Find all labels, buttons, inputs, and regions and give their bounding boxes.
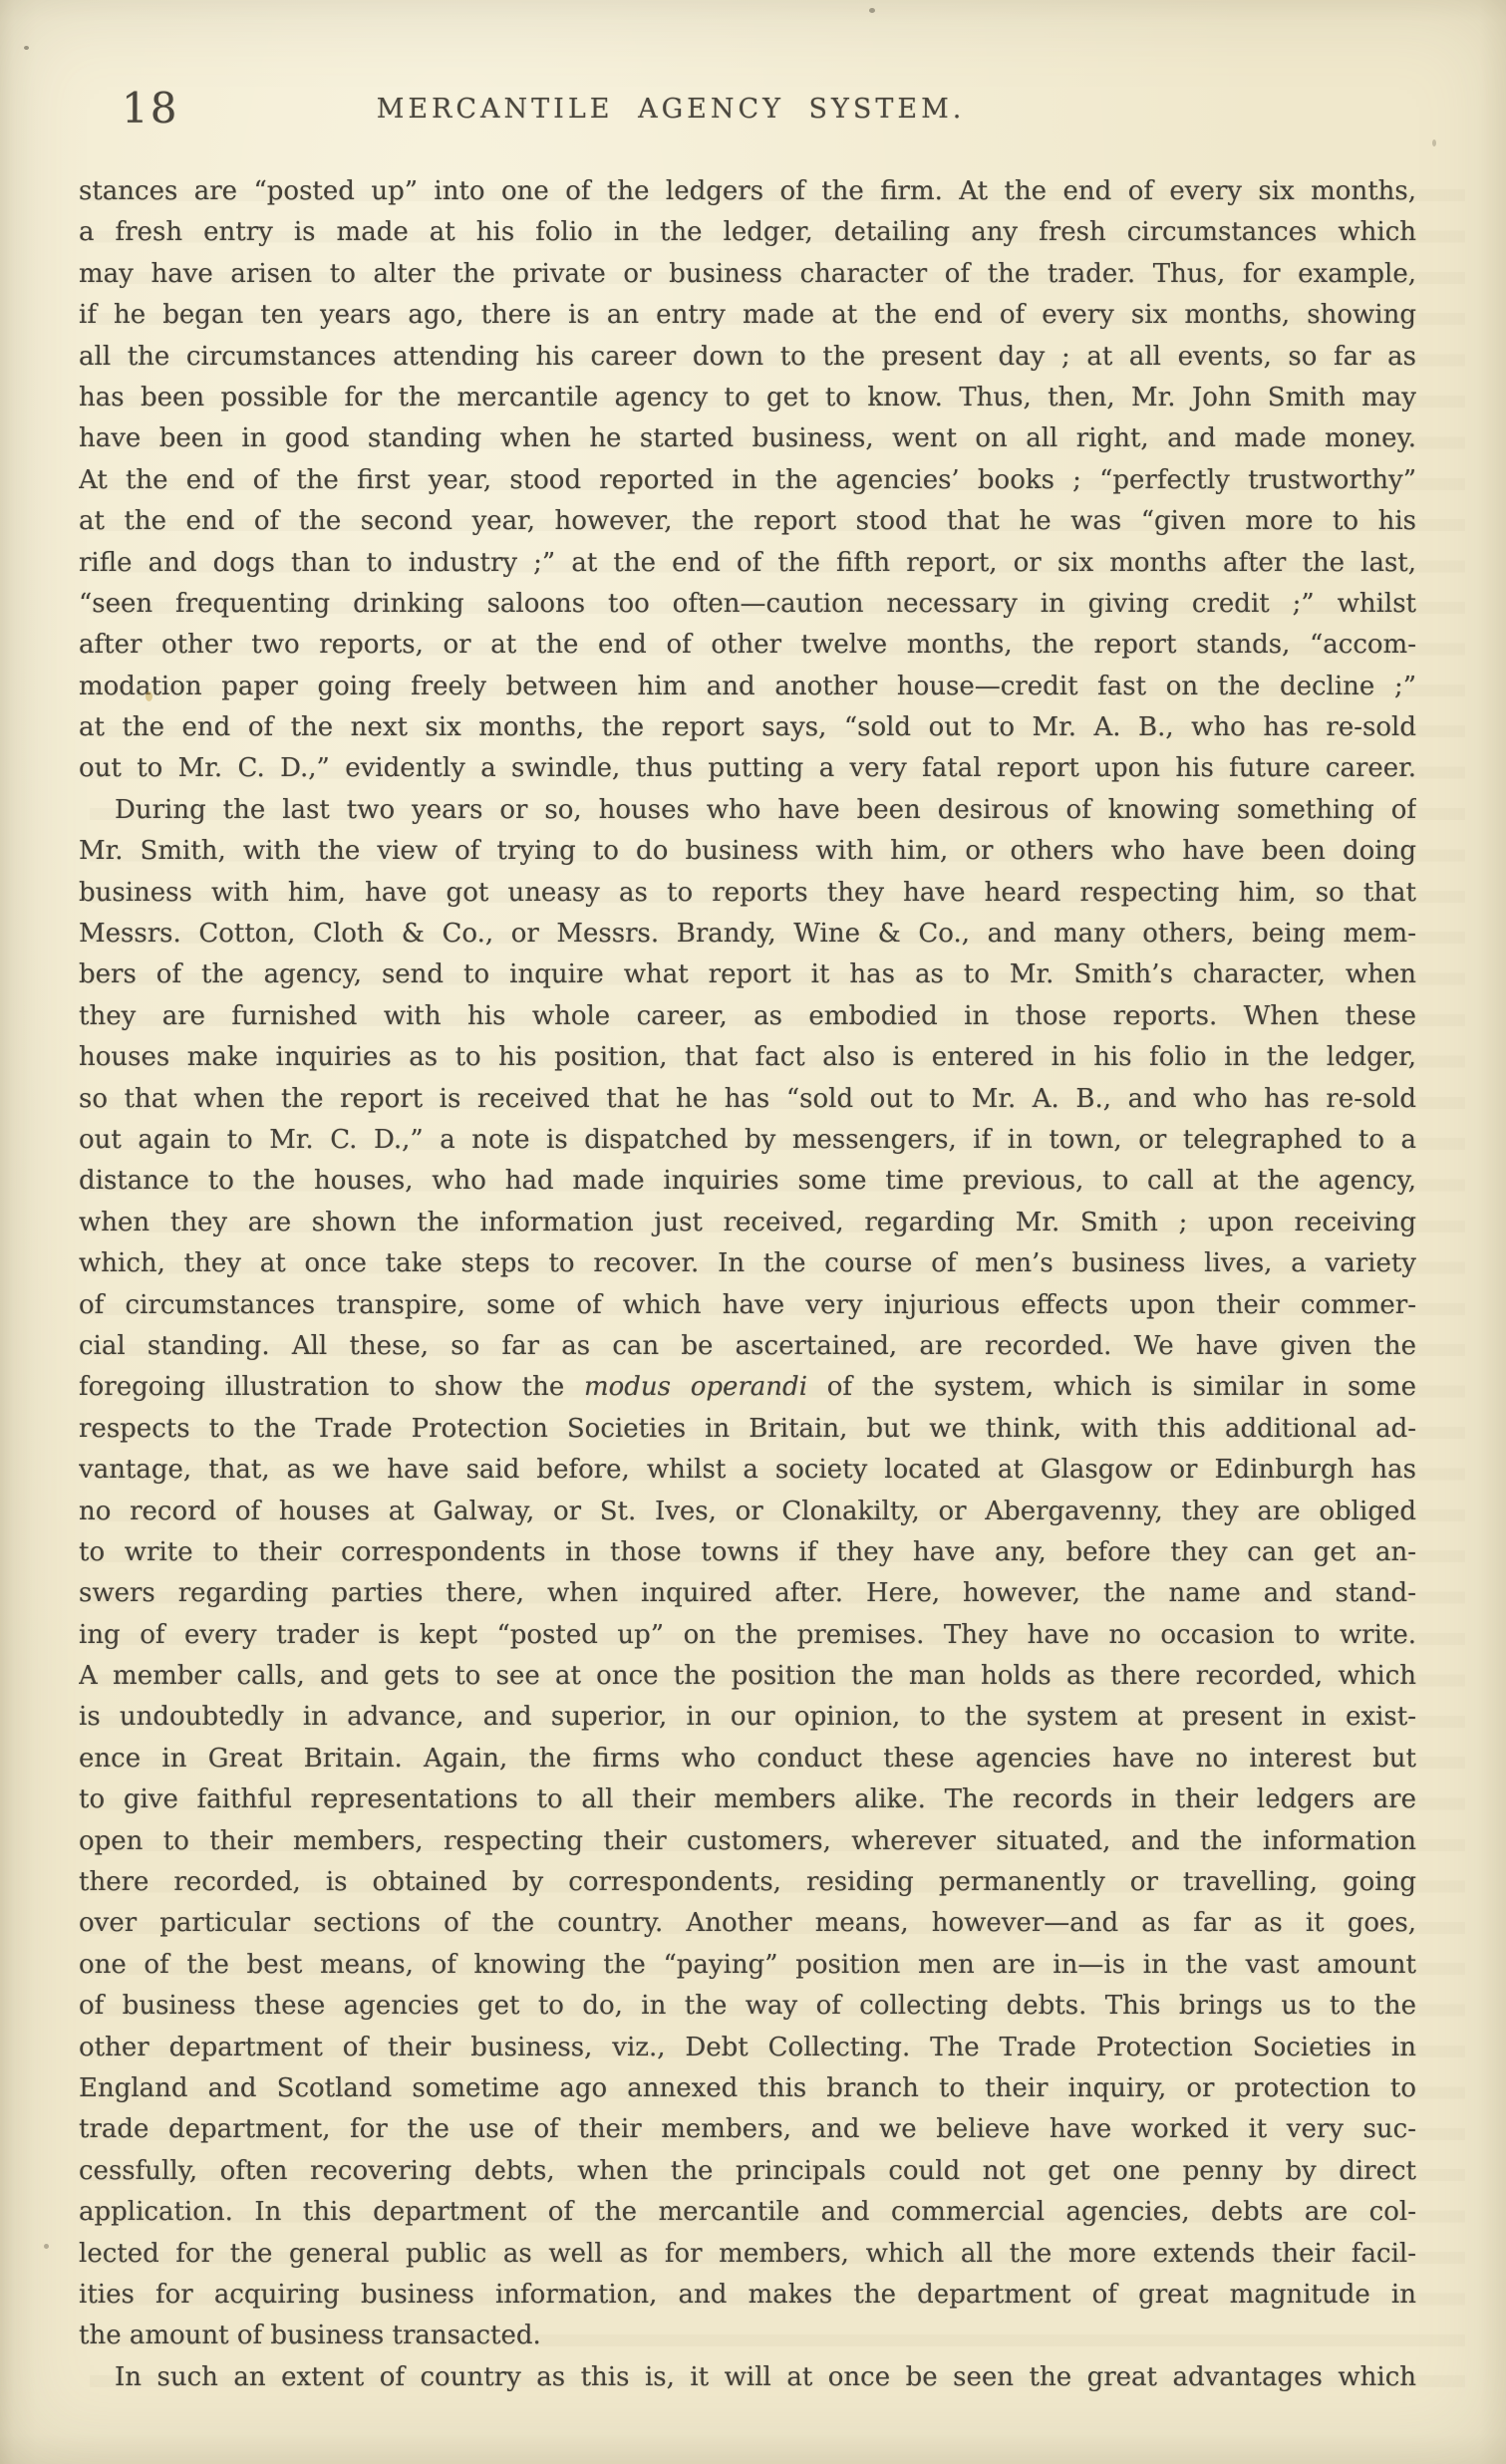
- text-line: of business these agencies get to do, in…: [79, 1986, 1416, 2027]
- text-line: so that when the report is received that…: [79, 1079, 1416, 1120]
- text-line: In such an extent of country as this is,…: [79, 2357, 1416, 2398]
- text-line: they are furnished with his whole career…: [79, 996, 1416, 1037]
- text-line: application. In this department of the m…: [79, 2192, 1416, 2233]
- text-line: business with him, have got uneasy as to…: [79, 873, 1416, 914]
- text-line: distance to the houses, who had made inq…: [79, 1161, 1416, 1202]
- text-line: During the last two years or so, houses …: [79, 790, 1416, 831]
- text-line: has been possible for the mercantile age…: [79, 378, 1416, 418]
- scan-speck: [1432, 139, 1436, 146]
- scan-speck: [869, 8, 875, 13]
- text-line: Mr. Smith, with the view of trying to do…: [79, 831, 1416, 872]
- text-line: all the circumstances attending his care…: [79, 337, 1416, 378]
- text-line: to give faithful representations to all …: [79, 1780, 1416, 1820]
- text-line: have been in good standing when he start…: [79, 418, 1416, 459]
- text-line: At the end of the first year, stood repo…: [79, 460, 1416, 501]
- body-text: stances are “posted up” into one of the …: [79, 171, 1416, 2398]
- text-line: rifle and dogs than to industry ;” at th…: [79, 543, 1416, 584]
- text-line: to write to their correspondents in thos…: [79, 1532, 1416, 1573]
- text-line: houses make inquiries as to his position…: [79, 1037, 1416, 1078]
- text-line: no record of houses at Galway, or St. Iv…: [79, 1492, 1416, 1532]
- text-line: trade department, for the use of their m…: [79, 2109, 1416, 2150]
- text-line: ing of every trader is kept “posted up” …: [79, 1615, 1416, 1656]
- text-line: lected for the general public as well as…: [79, 2234, 1416, 2275]
- text-line: Messrs. Cotton, Cloth & Co., or Messrs. …: [79, 914, 1416, 955]
- text-line: open to their members, respecting their …: [79, 1821, 1416, 1862]
- text-line: out again to Mr. C. D.,” a note is dispa…: [79, 1120, 1416, 1161]
- text-line: of circumstances transpire, some of whic…: [79, 1285, 1416, 1326]
- text-line: a fresh entry is made at his folio in th…: [79, 212, 1416, 253]
- text-line: out to Mr. C. D.,” evidently a swindle, …: [79, 748, 1416, 789]
- text-line: England and Scotland sometime ago annexe…: [79, 2068, 1416, 2109]
- text-line: is undoubtedly in advance, and superior,…: [79, 1697, 1416, 1738]
- text-line: ities for acquiring business information…: [79, 2275, 1416, 2316]
- text-line: at the end of the next six months, the r…: [79, 707, 1416, 748]
- text-line: ence in Great Britain. Again, the firms …: [79, 1739, 1416, 1780]
- book-page-scan: 18 MERCANTILE AGENCY SYSTEM. stances are…: [0, 0, 1506, 2464]
- text-line: cessfully, often recovering debts, when …: [79, 2151, 1416, 2192]
- text-line: may have arisen to alter the private or …: [79, 254, 1416, 295]
- text-line: stances are “posted up” into one of the …: [79, 171, 1416, 212]
- text-line: respects to the Trade Protection Societi…: [79, 1409, 1416, 1450]
- text-line: after other two reports, or at the end o…: [79, 625, 1416, 666]
- running-header-title: MERCANTILE AGENCY SYSTEM.: [0, 94, 1342, 125]
- scan-speck: [44, 2244, 49, 2249]
- text-line: cial standing. All these, so far as can …: [79, 1326, 1416, 1367]
- text-line: swers regarding parties there, when inqu…: [79, 1573, 1416, 1614]
- text-line: “seen frequenting drinking saloons too o…: [79, 584, 1416, 625]
- text-line: over particular sections of the country.…: [79, 1903, 1416, 1944]
- scan-speck: [24, 46, 29, 50]
- text-line: other department of their business, viz.…: [79, 2028, 1416, 2068]
- text-line: modation paper going freely between him …: [79, 667, 1416, 707]
- text-line: when they are shown the information just…: [79, 1203, 1416, 1243]
- text-line: bers of the agency, send to inquire what…: [79, 955, 1416, 995]
- text-line: there recorded, is obtained by correspon…: [79, 1862, 1416, 1903]
- text-line: foregoing illustration to show the modus…: [79, 1367, 1416, 1408]
- text-line: if he began ten years ago, there is an e…: [79, 295, 1416, 336]
- text-line: vantage, that, as we have said before, w…: [79, 1450, 1416, 1491]
- text-line: which, they at once take steps to recove…: [79, 1243, 1416, 1284]
- text-line: the amount of business transacted.: [79, 2316, 1416, 2356]
- text-line: at the end of the second year, however, …: [79, 501, 1416, 542]
- text-line: A member calls, and gets to see at once …: [79, 1656, 1416, 1697]
- text-line: one of the best means, of knowing the “p…: [79, 1945, 1416, 1986]
